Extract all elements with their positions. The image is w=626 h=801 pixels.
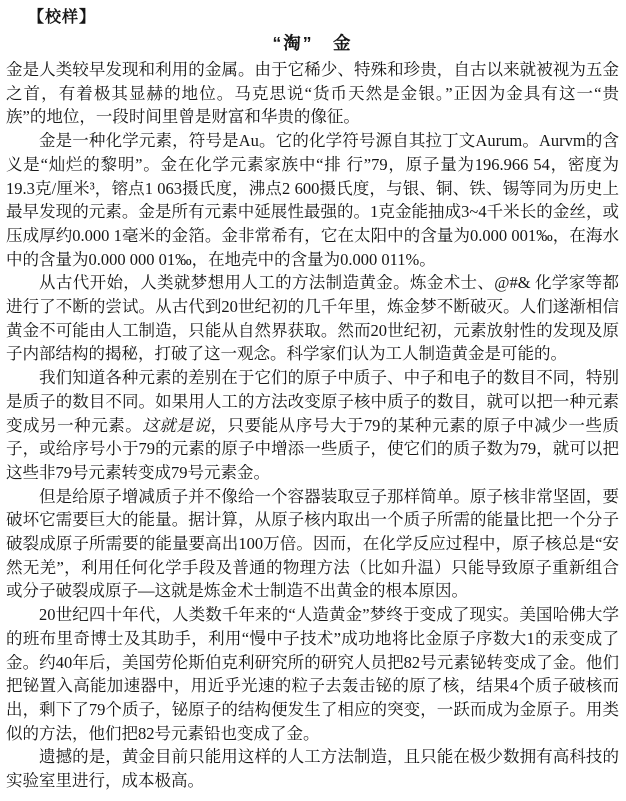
paragraph-1-text: 金是人类较早发现和利用的金属。由于它稀少、特殊和珍贵，自古以来就被视为五金之首，… [6,60,619,126]
proof-label: 【校样】 [28,7,619,29]
paragraph-5: 但是给原子增减质子并不像给一个容器装取豆子那样简单。原子核非常坚固，要破坏它需要… [6,485,619,604]
paragraph-1: 金是人类较早发现和利用的金属。由于它稀少、特殊和珍贵，自古以来就被视为五金之首，… [6,58,619,129]
paragraph-7-text: 遗撼的是，黄金目前只能用这样的人工方法制造，且只能在极少数拥有高科技的实验室里进… [6,747,619,790]
paragraph-4-italic-phrase: 这就是说 [142,416,210,435]
paragraph-3-text: 从古代开始，人类就梦想用人工的方法制造黄金。炼金术士、@#& 化学家等都进行了不… [6,273,619,363]
paragraph-4: 我们知道各种元素的差别在于它们的原子中质子、中子和电子的数目不同，特别是质子的数… [6,366,619,485]
paragraph-7: 遗撼的是，黄金目前只能用这样的人工方法制造，且只能在极少数拥有高科技的实验室里进… [6,745,619,792]
paragraph-3: 从古代开始，人类就梦想用人工的方法制造黄金。炼金术士、@#& 化学家等都进行了不… [6,271,619,366]
paragraph-6-text: 20世纪四十年代，人类数千年来的“人造黄金”梦终于变成了现实。美国哈佛大学的班布… [6,605,619,743]
paragraph-6: 20世纪四十年代，人类数千年来的“人造黄金”梦终于变成了现实。美国哈佛大学的班布… [6,603,619,745]
document-body: 金是人类较早发现和利用的金属。由于它稀少、特殊和珍贵，自古以来就被视为五金之首，… [6,58,619,793]
paragraph-2-text: 金是一种化学元素，符号是Au。它的化学符号源自其拉丁文Aurum。Aurvm的含… [6,131,619,269]
document-title: “淘” 金 [6,31,619,55]
paragraph-5-text: 但是给原子增减质子并不像给一个容器装取豆子那样简单。原子核非常坚固，要破坏它需要… [6,487,619,601]
paragraph-2: 金是一种化学元素，符号是Au。它的化学符号源自其拉丁文Aurum。Aurvm的含… [6,129,619,271]
document-page: 【校样】 “淘” 金 金是人类较早发现和利用的金属。由于它稀少、特殊和珍贵，自古… [0,0,626,801]
